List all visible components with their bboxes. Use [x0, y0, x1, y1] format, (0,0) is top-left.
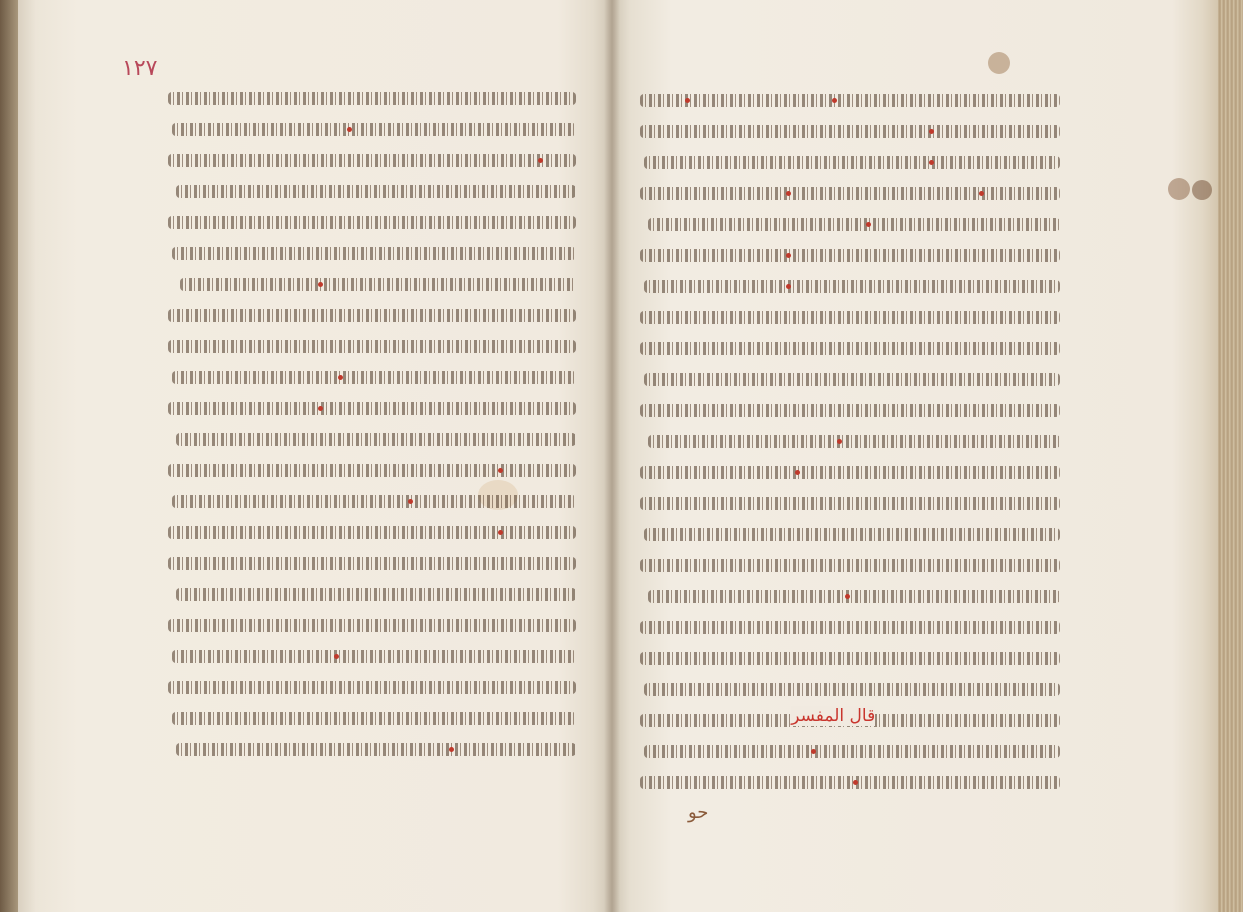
manuscript-line	[640, 456, 1060, 487]
red-punctuation-dot	[498, 468, 503, 473]
red-punctuation-dot	[347, 127, 352, 132]
ink-text	[640, 187, 1060, 200]
manuscript-line	[640, 394, 1060, 425]
manuscript-line	[168, 485, 576, 516]
ink-text	[172, 123, 576, 136]
ink-text	[168, 681, 576, 694]
red-punctuation-dot	[795, 470, 800, 475]
manuscript-line	[640, 270, 1060, 301]
stain	[988, 52, 1010, 74]
ink-text	[168, 619, 576, 632]
ink-text	[644, 280, 1060, 293]
ink-text	[168, 154, 576, 167]
red-punctuation-dot	[837, 439, 842, 444]
red-punctuation-dot	[866, 222, 871, 227]
ink-text	[640, 249, 1060, 262]
ink-text	[168, 402, 576, 415]
right-page-text: قال المفسر	[640, 84, 1060, 797]
ink-text	[644, 745, 1060, 758]
ink-text	[648, 590, 1060, 603]
manuscript-line	[640, 766, 1060, 797]
ink-text	[640, 466, 1060, 479]
manuscript-line	[640, 363, 1060, 394]
ink-text	[648, 435, 1060, 448]
ink-text	[172, 247, 576, 260]
manuscript-line	[168, 547, 576, 578]
manuscript-line	[640, 177, 1060, 208]
page-edges-right	[1218, 0, 1243, 912]
stain	[1168, 178, 1190, 200]
manuscript-line	[168, 702, 576, 733]
manuscript-line	[168, 454, 576, 485]
manuscript-line	[640, 673, 1060, 704]
ink-text	[172, 495, 576, 508]
red-punctuation-dot	[929, 129, 934, 134]
red-punctuation-dot	[929, 160, 934, 165]
ink-text	[640, 94, 1060, 107]
ink-text	[176, 433, 576, 446]
manuscript-line	[640, 332, 1060, 363]
manuscript-line	[168, 392, 576, 423]
manuscript-line	[640, 115, 1060, 146]
manuscript-line	[640, 580, 1060, 611]
red-punctuation-dot	[408, 499, 413, 504]
catchword: حو	[688, 802, 708, 823]
ink-text	[640, 776, 1060, 789]
manuscript-line	[168, 82, 576, 113]
ink-text	[644, 528, 1060, 541]
red-punctuation-dot	[498, 530, 503, 535]
ink-text	[172, 371, 576, 384]
folio-number: ١٢٧	[122, 56, 157, 81]
gutter-shadow	[604, 0, 620, 912]
manuscript-line	[168, 175, 576, 206]
manuscript-line	[640, 518, 1060, 549]
manuscript-line	[640, 642, 1060, 673]
ink-text	[168, 309, 576, 322]
red-punctuation-dot	[845, 594, 850, 599]
ink-text	[176, 185, 576, 198]
manuscript-line	[640, 208, 1060, 239]
rubric: قال المفسر	[791, 706, 875, 726]
ink-text	[168, 340, 576, 353]
ink-text	[168, 92, 576, 105]
manuscript-line	[168, 299, 576, 330]
ink-text	[168, 557, 576, 570]
ink-text	[176, 743, 576, 756]
manuscript-line	[168, 640, 576, 671]
manuscript-line	[640, 301, 1060, 332]
ink-text	[180, 278, 576, 291]
manuscript-line	[168, 268, 576, 299]
manuscript-line	[168, 206, 576, 237]
binding-edge-left	[0, 0, 18, 912]
ink-text	[644, 683, 1060, 696]
ink-text	[176, 588, 576, 601]
ink-text	[640, 621, 1060, 634]
manuscript-line	[168, 144, 576, 175]
ink-text	[640, 652, 1060, 665]
ink-text	[648, 218, 1060, 231]
ink-text	[644, 373, 1060, 386]
ink-text	[640, 342, 1060, 355]
manuscript-line	[168, 671, 576, 702]
manuscript-line	[168, 516, 576, 547]
stain	[1192, 180, 1212, 200]
manuscript-line	[640, 487, 1060, 518]
manuscript-line	[168, 237, 576, 268]
manuscript-line	[168, 113, 576, 144]
manuscript-line	[168, 330, 576, 361]
ink-text	[172, 650, 576, 663]
manuscript-line	[640, 84, 1060, 115]
ink-text	[644, 156, 1060, 169]
ink-text	[640, 311, 1060, 324]
manuscript-line	[168, 423, 576, 454]
left-page-text	[168, 82, 576, 764]
manuscript-line	[640, 146, 1060, 177]
ink-text	[172, 712, 576, 725]
ink-text	[168, 216, 576, 229]
manuscript-line	[640, 549, 1060, 580]
ink-text	[168, 526, 576, 539]
ink-text	[640, 125, 1060, 138]
manuscript-spread: ١٢٧ قال المفسر حو	[0, 0, 1243, 912]
manuscript-line: قال المفسر	[640, 704, 1060, 735]
manuscript-line	[640, 425, 1060, 456]
manuscript-line	[640, 611, 1060, 642]
ink-text	[168, 464, 576, 477]
manuscript-line	[640, 239, 1060, 270]
manuscript-line	[168, 733, 576, 764]
ink-text	[640, 559, 1060, 572]
ink-text	[640, 497, 1060, 510]
manuscript-line	[640, 735, 1060, 766]
ink-text	[640, 404, 1060, 417]
manuscript-line	[168, 609, 576, 640]
manuscript-line	[168, 578, 576, 609]
manuscript-line	[168, 361, 576, 392]
red-punctuation-dot	[449, 747, 454, 752]
